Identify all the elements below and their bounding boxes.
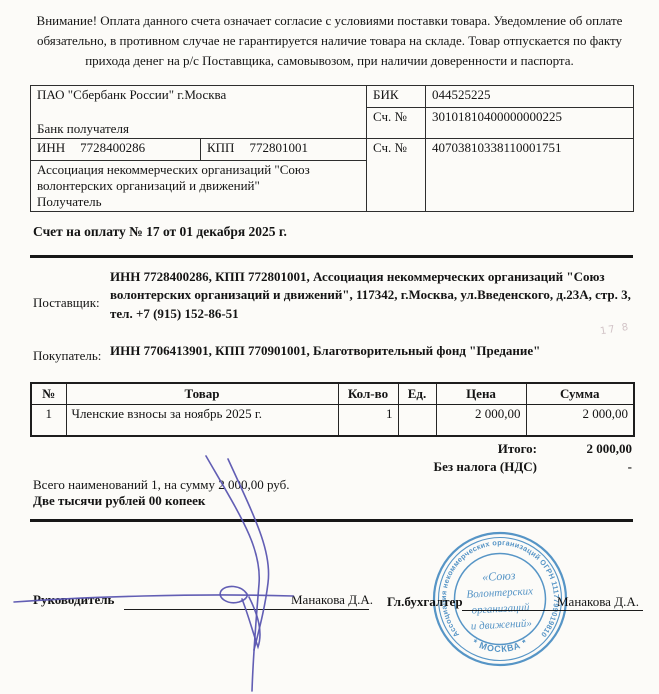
bank-name-cell: ПАО "Сбербанк России" г.Москва Банк полу… [31, 86, 367, 139]
bank-name: ПАО "Сбербанк России" г.Москва [37, 87, 360, 103]
stamp-center-line: организаций [471, 601, 530, 616]
pencil-mark: 17 8 [599, 322, 631, 338]
buyer-label: Покупатель: [33, 348, 101, 364]
amount-in-words: Две тысячи рублей 00 копеек [33, 493, 205, 509]
bank-role-label: Банк получателя [37, 121, 360, 137]
item-num: 1 [31, 404, 66, 436]
bank-details-table: ПАО "Сбербанк России" г.Москва Банк полу… [30, 85, 634, 212]
table-row: 1 Членские взносы за ноябрь 2025 г. 1 2 … [31, 404, 634, 436]
item-qty: 1 [338, 404, 398, 436]
items-count-line: Всего наименований 1, на сумму 2 000,00 … [33, 477, 290, 493]
tax-row: Без налога (НДС) - [332, 459, 632, 475]
items-header-row: № Товар Кол-во Ед. Цена Сумма [31, 383, 634, 404]
kpp-value: 772801001 [249, 140, 308, 155]
invoice-document: Внимание! Оплата данного счета означает … [0, 0, 659, 694]
kpp-label: КПП [207, 140, 234, 155]
account-value: 40703810338110001751 [426, 139, 634, 212]
stamp-center-line: и движений» [471, 617, 533, 632]
supplier-label: Поставщик: [33, 295, 100, 311]
header-price: Цена [436, 383, 526, 404]
stamp-center-text: «Союз Волонтерских организаций и движени… [465, 567, 535, 632]
head-signature-label: Руководитель [33, 592, 114, 608]
header-num: № [31, 383, 66, 404]
supplier-details: ИНН 7728400286, КПП 772801001, Ассоциаци… [110, 268, 634, 323]
bik-label: БИК [367, 86, 426, 108]
tax-label: Без налога (НДС) [332, 459, 537, 475]
corr-account-label: Сч. № [367, 108, 426, 139]
organization-stamp: Ассоциация некоммерческих организаций ОГ… [429, 528, 571, 670]
kpp-cell: КПП772801001 [201, 139, 367, 161]
recipient-name: Ассоциация некоммерческих организаций "С… [37, 162, 360, 194]
head-signature-line [124, 609, 369, 610]
item-name: Членские взносы за ноябрь 2025 г. [66, 404, 338, 436]
bik-value: 044525225 [426, 86, 634, 108]
account-label: Сч. № [367, 139, 426, 212]
tax-value: - [537, 459, 632, 475]
stamp-center-line: «Союз [482, 568, 516, 584]
items-table: № Товар Кол-во Ед. Цена Сумма 1 Членские… [30, 382, 635, 437]
recipient-cell: Ассоциация некоммерческих организаций "С… [31, 161, 367, 212]
totals-row: Итого: 2 000,00 [332, 441, 632, 457]
stamp-center-line: Волонтерских [466, 585, 533, 600]
header-unit: Ед. [398, 383, 436, 404]
payment-notice: Внимание! Оплата данного счета означает … [29, 11, 630, 71]
stamp-city-text: * МОСКВА * [471, 637, 530, 654]
total-label: Итого: [332, 441, 537, 457]
inn-value: 7728400286 [80, 140, 145, 155]
inn-label: ИНН [37, 140, 65, 155]
svg-text:* МОСКВА *: * МОСКВА * [471, 637, 530, 654]
inn-cell: ИНН7728400286 [31, 139, 201, 161]
header-product: Товар [66, 383, 338, 404]
item-unit [398, 404, 436, 436]
divider-bottom [30, 519, 633, 522]
divider-top [30, 255, 633, 258]
item-sum: 2 000,00 [526, 404, 634, 436]
head-signature-name: Манакова Д.А. [291, 592, 373, 608]
recipient-role-label: Получатель [37, 194, 360, 210]
total-value: 2 000,00 [537, 441, 632, 457]
header-qty: Кол-во [338, 383, 398, 404]
header-sum: Сумма [526, 383, 634, 404]
buyer-details: ИНН 7706413901, КПП 770901001, Благотвор… [110, 342, 634, 360]
item-price: 2 000,00 [436, 404, 526, 436]
corr-account-value: 30101810400000000225 [426, 108, 634, 139]
invoice-title: Счет на оплату № 17 от 01 декабря 2025 г… [33, 224, 287, 240]
